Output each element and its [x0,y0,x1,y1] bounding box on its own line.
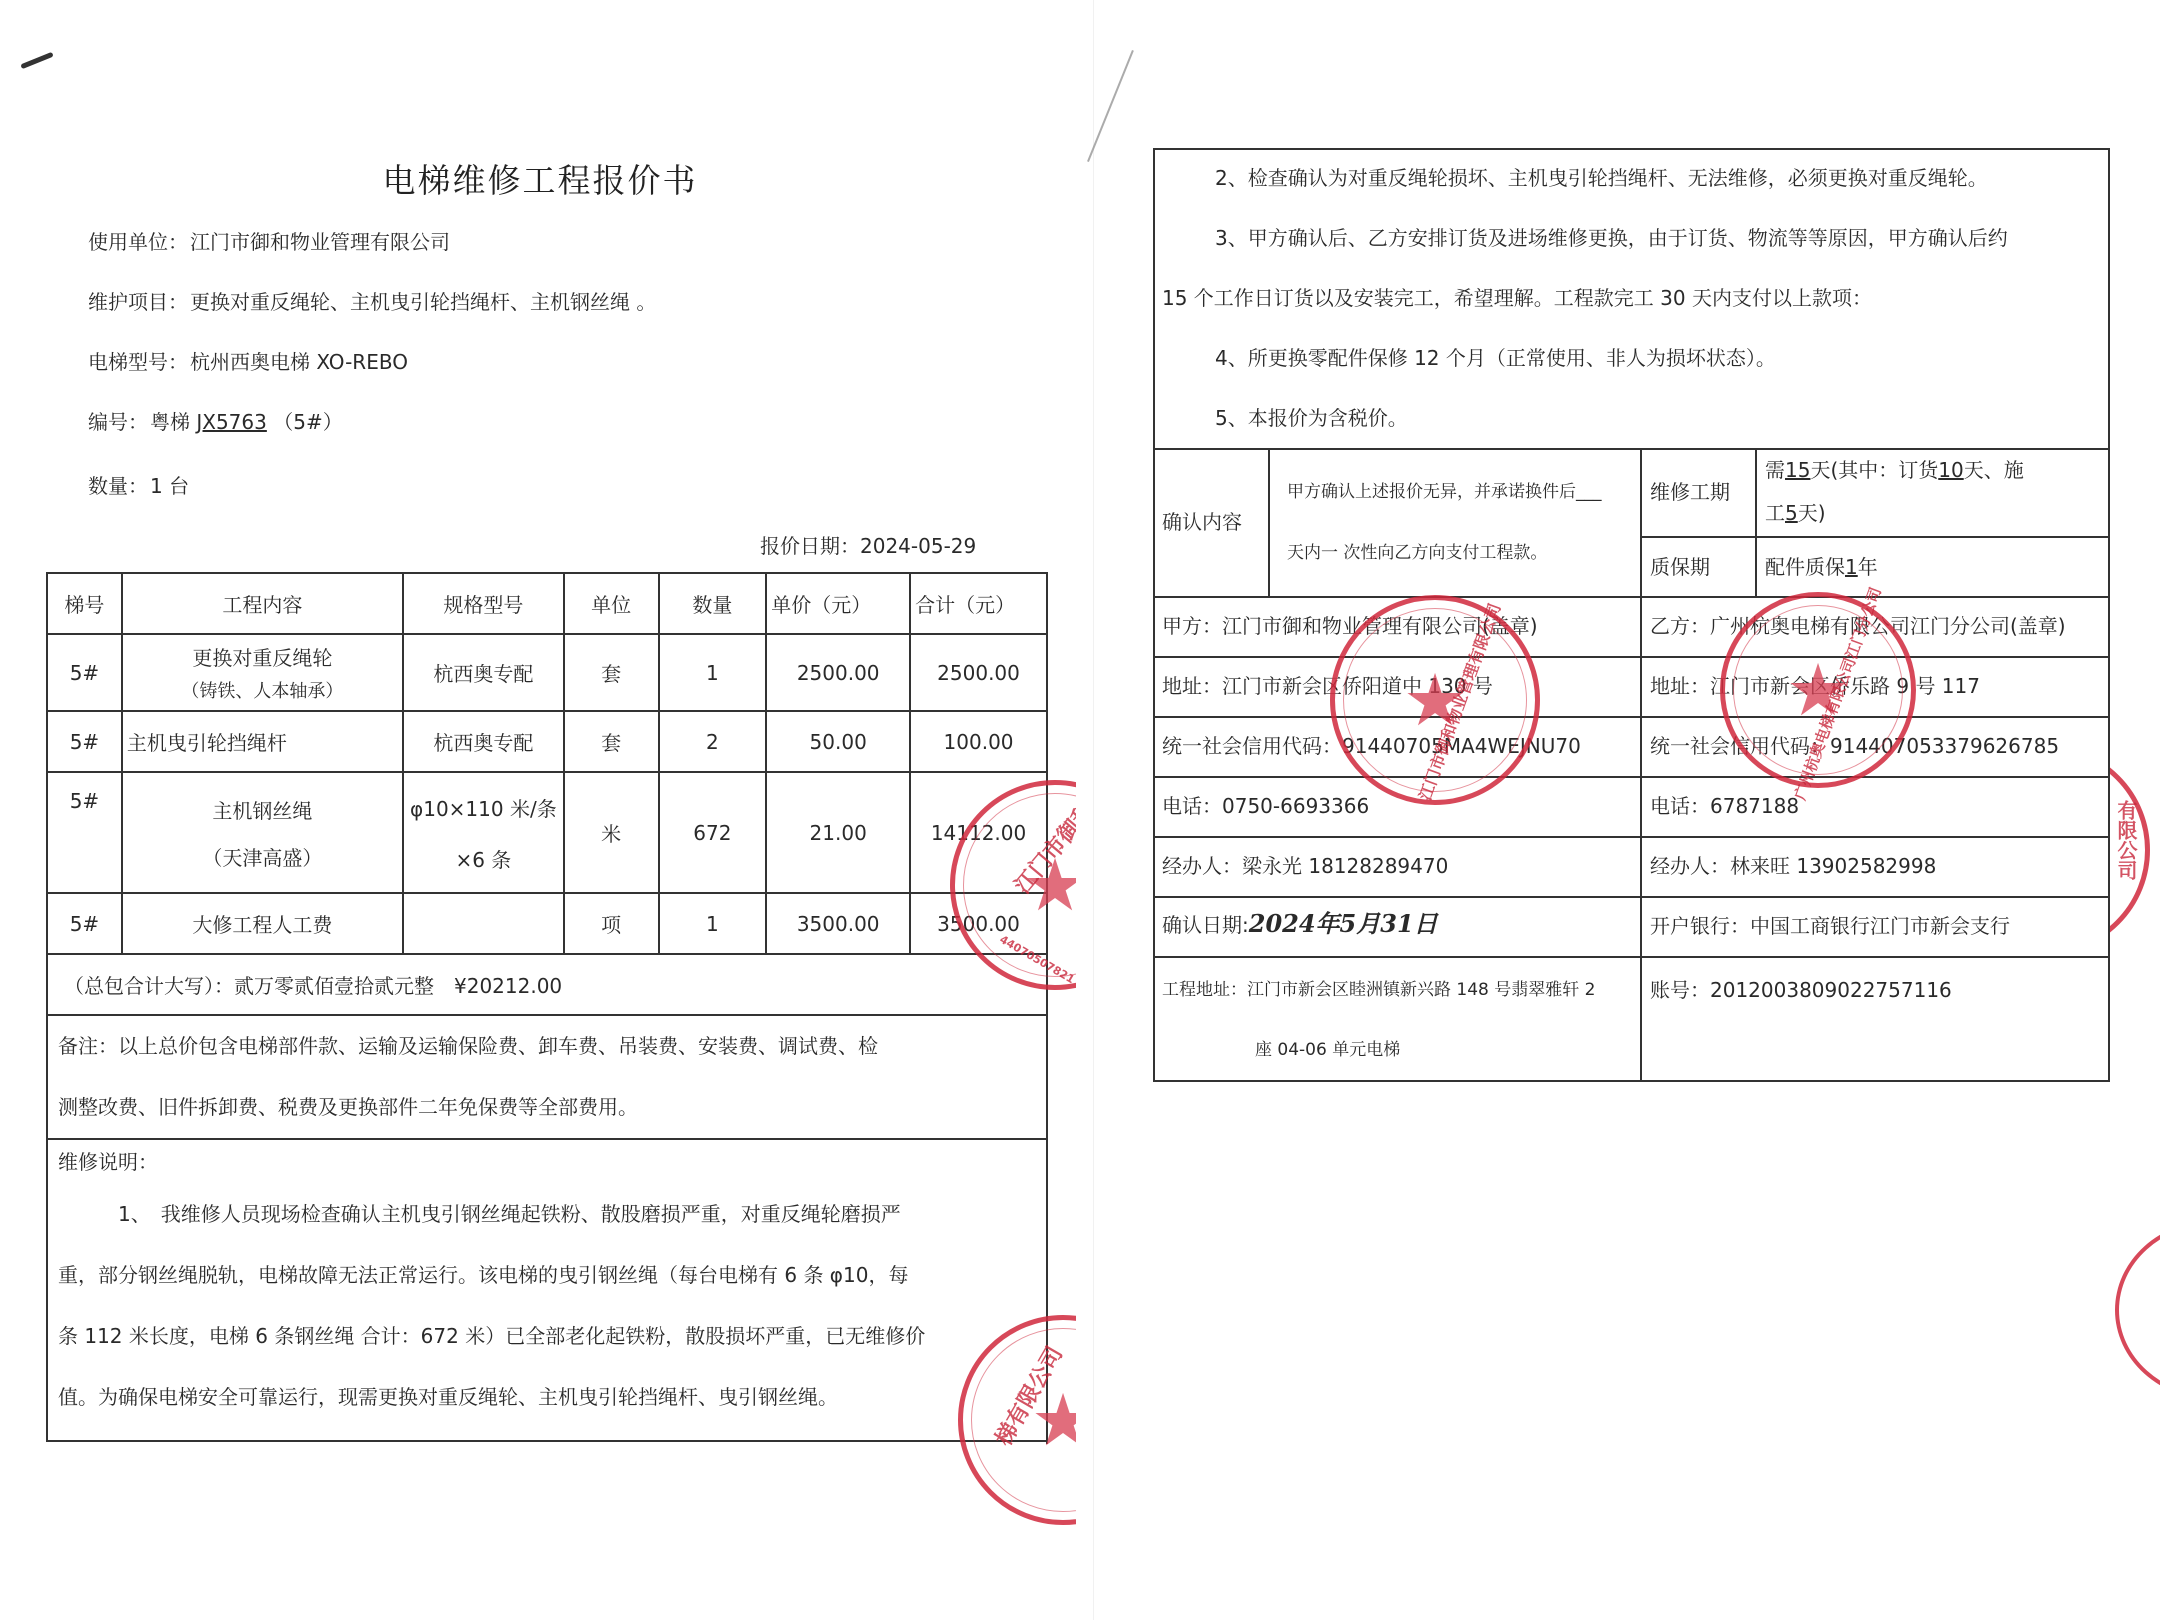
spec-main: φ10×110 米/条 [410,797,557,821]
content-sub: （天津高盛） [127,842,398,871]
total-row: （总包合计大写）：贰万零贰佰壹拾贰元整 ¥20212.00 [47,954,1047,1015]
repair-title: 维修说明： [58,1140,1043,1184]
spec-sub: ×6 条 [408,844,559,873]
repair-line: 1、 我维修人员现场检查确认主机曳引钢丝绳起铁粉、散股磨损严重，对重反绳轮磨损严 [58,1184,1043,1245]
quote-date-value: 2024-05-29 [860,534,976,558]
divider [1755,448,1757,596]
party-b-credit-code: 统一社会信用代码：91440705337962678​5 [1650,736,2059,756]
field-elevator-model: 电梯型号：杭州西奥电梯 XO-REBO [88,346,408,375]
field-user-unit: 使用单位：江门市御和物业管理有限公司 [88,226,450,255]
repair-line: 值。为确保电梯安全可靠运行，现需更换对重反绳轮、主机曳引轮挡绳杆、曳引钢丝绳。 [58,1367,1043,1428]
field-value: 1 台 [150,474,189,498]
edge-stamp-partial [2115,1220,2160,1400]
stamp-star-icon: ★ [1023,849,1076,921]
party-a-handler: 经办人：梁永光 18128289470 [1162,856,1448,876]
text: 天(其中：订货 [1810,458,1938,482]
field-value: 江门市御和物业管理有限公司 [190,230,450,254]
table-row: 5# 大修工程人工费 项 1 3500.00 3500.00 [47,893,1047,954]
content-sub: （铸铁、人本轴承） [127,677,398,703]
stamp-star-icon: ★ [1031,1384,1076,1456]
divider [1153,448,2110,450]
remarks-line: 测整改费、旧件拆卸费、税费及更换部件二年免保费等全部费用。 [58,1077,1043,1138]
divider [1153,656,2110,658]
edge-stamp: 有限公司 [2110,745,2150,955]
divider [1153,596,2110,598]
party-b-handler: 经办人：林来旺 13902582998 [1650,856,1936,876]
cell-unit: 套 [564,634,659,711]
header-qty: 数量 [659,573,767,634]
cell-elevator-no: 5# [47,711,122,772]
quote-date-label: 报价日期： [760,534,860,558]
divider [1153,716,2110,718]
repair-notes: 维修说明： 1、 我维修人员现场检查确认主机曳引钢丝绳起铁粉、散股磨损严重，对重… [47,1139,1047,1441]
repair-period-line1: 需15天(其中：订货10天、施 [1765,460,2024,480]
text: 天、施 [1964,458,2024,482]
repair-line: 条 112 米长度，电梯 6 条钢丝绳 合计：672 米）已全部老化起铁粉，散股… [58,1306,1043,1367]
divider [1153,896,2110,898]
field-value-suffix: （5#） [267,410,343,434]
document-title: 电梯维修工程报价书 [0,155,1080,202]
company-stamp-a: ★ 江门市御和物业 44070507821 [950,780,1076,990]
table-header-row: 梯号 工程内容 规格型号 单位 数量 单价（元） 合计（元） [47,573,1047,634]
divider [1640,536,2110,538]
field-maintenance-item: 维护项目：更换对重反绳轮、主机曳引轮挡绳杆、主机钢丝绳 。 [88,286,656,315]
field-label: 数量： [88,474,148,498]
warranty-value: 配件质保1年 [1765,557,1878,577]
repair-line: 重，部分钢丝绳脱轨，电梯故障无法正常运行。该电梯的曳引钢丝绳（每台电梯有 6 条… [58,1245,1043,1306]
cell-elevator-no: 5# [47,634,122,711]
cell-content: 主机曳引轮挡绳杆 [122,711,403,772]
page-separator [1093,0,1094,1620]
cell-content: 更换对重反绳轮（铸铁、人本轴承） [122,634,403,711]
header-content: 工程内容 [122,573,403,634]
field-label: 编号： [88,410,148,434]
stamp-text: 梯有限公司 [987,1340,1069,1451]
field-label: 使用单位： [88,230,188,254]
order-days: 10 [1938,458,1963,482]
table-row: 5# 主机曳引轮挡绳杆 杭西奥专配 套 2 50.00 100.00 [47,711,1047,772]
cell-unit-price: 2500.00 [766,634,910,711]
header-spec: 规格型号 [403,573,564,634]
divider [1153,956,2110,958]
fold-mark [1087,50,1134,162]
text: 天) [1798,501,1826,525]
period-days: 15 [1785,458,1810,482]
stamp-clip: 有限公司 [2110,740,2160,960]
stamp-digits: 44070507821 [997,933,1076,986]
cell-spec: 杭西奥专配 [403,711,564,772]
field-label: 维护项目： [88,290,188,314]
confirm-date-label: 确认日期: [1162,913,1249,937]
divider [1153,776,2110,778]
confirm-label: 确认内容 [1162,512,1242,532]
table-row: 5# 主机钢丝绳（天津高盛） φ10×110 米/条×6 条 米 672 21.… [47,772,1047,893]
cell-unit: 米 [564,772,659,893]
cell-unit-price: 3500.00 [766,893,910,954]
project-address: 工程地址：江门市新会区睦洲镇新兴路 148 号翡翠雅轩 2 [1162,980,1595,1000]
text: 配件质保 [1765,555,1845,579]
cell-unit-price: 21.00 [766,772,910,893]
cell-spec [403,893,564,954]
note-item: 2、检查确认为对重反绳轮损坏、主机曳引轮挡绳杆、无法维修，必须更换对重反绳轮。 [1215,168,1988,188]
cell-elevator-no: 5# [47,893,122,954]
cell-unit-price: 50.00 [766,711,910,772]
field-value: 杭州西奥电梯 XO-REBO [190,350,408,374]
quote-date: 报价日期：2024-05-29 [760,530,976,559]
text: 需 [1765,458,1785,482]
cell-unit: 套 [564,711,659,772]
field-label: 电梯型号： [88,350,188,374]
party-a-phone: 电话：0750-6693366 [1162,796,1369,816]
header-total: 合计（元） [910,573,1047,634]
pen-mark [20,52,53,69]
party-a-address: 地址：江门市新会区侨阳道中 130 号 [1162,676,1493,696]
header-unit-price: 单价（元） [766,573,910,634]
field-quantity: 数量：1 台 [88,470,189,499]
content-main: 更换对重反绳轮 [192,646,332,670]
stamp-text: 江门市御和物业 [1007,770,1076,899]
cell-qty: 2 [659,711,767,772]
field-serial-number: 编号：粤梯 JX5763 （5#） [88,406,343,435]
cell-content: 大修工程人工费 [122,893,403,954]
total-amount: （总包合计大写）：贰万零贰佰壹拾贰元整 ¥20212.00 [47,954,1047,1015]
confirm-text: 天内一 次性向乙方向支付工程款。 [1287,543,1547,563]
remarks-row: 备注：以上总价包含电梯部件款、运输及运输保险费、卸车费、吊装费、安装费、调试费、… [47,1015,1047,1139]
note-item: 4、所更换零配件保修 12 个月（正常使用、非人为损坏状态）。 [1215,348,1776,368]
build-days: 5 [1785,501,1798,525]
stamp-text: 有限公司 [2117,800,2141,880]
party-b-account: 账号：2012003809022757116 [1650,980,1952,1000]
divider [1268,448,1270,596]
note-item: 15 个工作日订货以及安装完工，希望理解。工程款完工 30 天内支付以上款项： [1162,288,1872,308]
cell-elevator-no: 5# [47,772,122,893]
company-stamp-b: ★ 梯有限公司 [958,1315,1076,1525]
party-b-address: 地址：江门市新会区侨乐路 9 号 117 [1650,676,1980,696]
table-row: 5# 更换对重反绳轮（铸铁、人本轴承） 杭西奥专配 套 1 2500.00 25… [47,634,1047,711]
warranty-years: 1 [1845,555,1858,579]
stamp-clip: ★ 江门市御和物业 44070507821 [900,770,1076,1010]
cell-qty: 672 [659,772,767,893]
stamp-clip [2110,1220,2160,1410]
note-item: 5、本报价为含税价。 [1215,408,1408,428]
party-a-credit-code: 统一社会信用代码：91440705MA4WEJNU70 [1162,736,1581,756]
repair-period-line2: 工5天) [1765,503,1826,523]
cell-total: 2500.00 [910,634,1047,711]
cell-content: 主机钢丝绳（天津高盛） [122,772,403,893]
confirm-text: 甲方确认上述报价无异，并承诺换件后___ [1287,482,1602,502]
quote-table: 梯号 工程内容 规格型号 单位 数量 单价（元） 合计（元） 5# 更换对重反绳… [46,572,1048,1442]
party-b-name: 乙方：广州杭奥电梯有限公司江门分公司(盖章) [1650,616,2066,636]
cell-spec: φ10×110 米/条×6 条 [403,772,564,893]
header-unit: 单位 [564,573,659,634]
stamp-clip: ★ 梯有限公司 [900,1300,1076,1540]
party-b-phone: 电话：6787188 [1650,796,1799,816]
cell-qty: 1 [659,634,767,711]
party-a-name: 甲方：江门市御和物业管理有限公司(盖章) [1162,616,1538,636]
party-b-bank: 开户银行：中国工商银行江门市新会支行 [1650,916,2010,936]
cell-qty: 1 [659,893,767,954]
divider [1640,448,1642,1082]
party-a-confirm-date: 确认日期:2024年5月31日 [1162,914,1438,935]
field-value-underlined: JX5763 [196,410,267,434]
divider [1153,836,2110,838]
warranty-label: 质保期 [1650,557,1710,577]
text: 工 [1765,501,1785,525]
cell-total: 100.00 [910,711,1047,772]
note-item: 3、甲方确认后、乙方安排订货及进场维修更换，由于订货、物流等等原因，甲方确认后约 [1215,228,2008,248]
text: 年 [1858,555,1878,579]
cell-unit: 项 [564,893,659,954]
header-elevator-no: 梯号 [47,573,122,634]
remarks-line: 备注：以上总价包含电梯部件款、运输及运输保险费、卸车费、吊装费、安装费、调试费、… [58,1016,1043,1077]
field-value-prefix: 粤梯 [150,410,196,434]
repair-notes-row: 维修说明： 1、 我维修人员现场检查确认主机曳引钢丝绳起铁粉、散股磨损严重，对重… [47,1139,1047,1441]
remarks: 备注：以上总价包含电梯部件款、运输及运输保险费、卸车费、吊装费、安装费、调试费、… [47,1015,1047,1139]
cell-spec: 杭西奥专配 [403,634,564,711]
field-value: 更换对重反绳轮、主机曳引轮挡绳杆、主机钢丝绳 。 [190,290,656,314]
project-address: 座 04-06 单元电梯 [1255,1040,1400,1060]
repair-period-label: 维修工期 [1650,482,1730,502]
content-main: 主机钢丝绳 [212,799,312,823]
confirm-date-handwritten: 2024年5月31日 [1249,909,1438,938]
